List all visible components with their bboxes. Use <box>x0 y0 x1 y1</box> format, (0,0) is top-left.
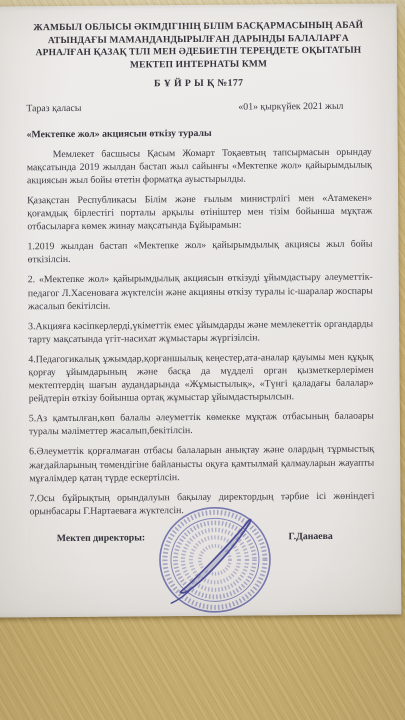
order-item: 1.2019 жылдан бастап «Мектепке жол» қайы… <box>27 238 372 267</box>
city-label: Тараз қаласы <box>26 102 81 116</box>
city-date-row: Тараз қаласы «01» қыркүйек 2021 жыл <box>26 100 371 116</box>
order-item: 3.Акцияға кәсіпкерлерді,үкіметтік емес ұ… <box>28 317 373 346</box>
director-name: Г.Данаева <box>288 530 332 543</box>
order-item: 2. «Мектепке жол» қайырымдылық акциясын … <box>28 271 373 313</box>
official-round-stamp <box>156 503 275 616</box>
intro-paragraph: Мемлекет басшысы Қасым Жомарт Тоқаевтың … <box>27 145 372 187</box>
stamp-icon <box>156 503 275 616</box>
date-label: «01» қыркүйек 2021 жыл <box>238 100 343 114</box>
director-role-label: Мектеп директоры: <box>57 531 145 545</box>
header-line: АРНАЛҒАН ҚАЗАҚ ТІЛІ МЕН ӘДЕБИЕТІН ТЕРЕҢД… <box>26 45 371 60</box>
document-paper: ЖАМБЫЛ ОБЛЫСЫ ӘКІМДІГІНІҢ БІЛІМ БАСҚАРМА… <box>0 3 401 617</box>
intro-paragraph: Қазақстан Республикасы Білім және ғылым … <box>27 192 372 234</box>
order-number: Б Ұ Й Р Ы Қ №177 <box>26 76 371 92</box>
order-document: ЖАМБЫЛ ОБЛЫСЫ ӘКІМДІГІНІҢ БІЛІМ БАСҚАРМА… <box>0 3 401 545</box>
order-item: 5.Аз қамтылған,көп балалы әлеуметтік көм… <box>29 410 374 439</box>
order-item: 6.Әлеуметтік қорғалмаған отбасы балалары… <box>29 443 374 485</box>
order-subject: «Мектепке жол» акциясын өткізу туралы <box>27 125 372 141</box>
organization-header: ЖАМБЫЛ ОБЛЫСЫ ӘКІМДІГІНІҢ БІЛІМ БАСҚАРМА… <box>26 20 371 73</box>
order-item: 4.Педагогикалық ұжымдар,қорғаншылық кеңе… <box>28 350 373 405</box>
